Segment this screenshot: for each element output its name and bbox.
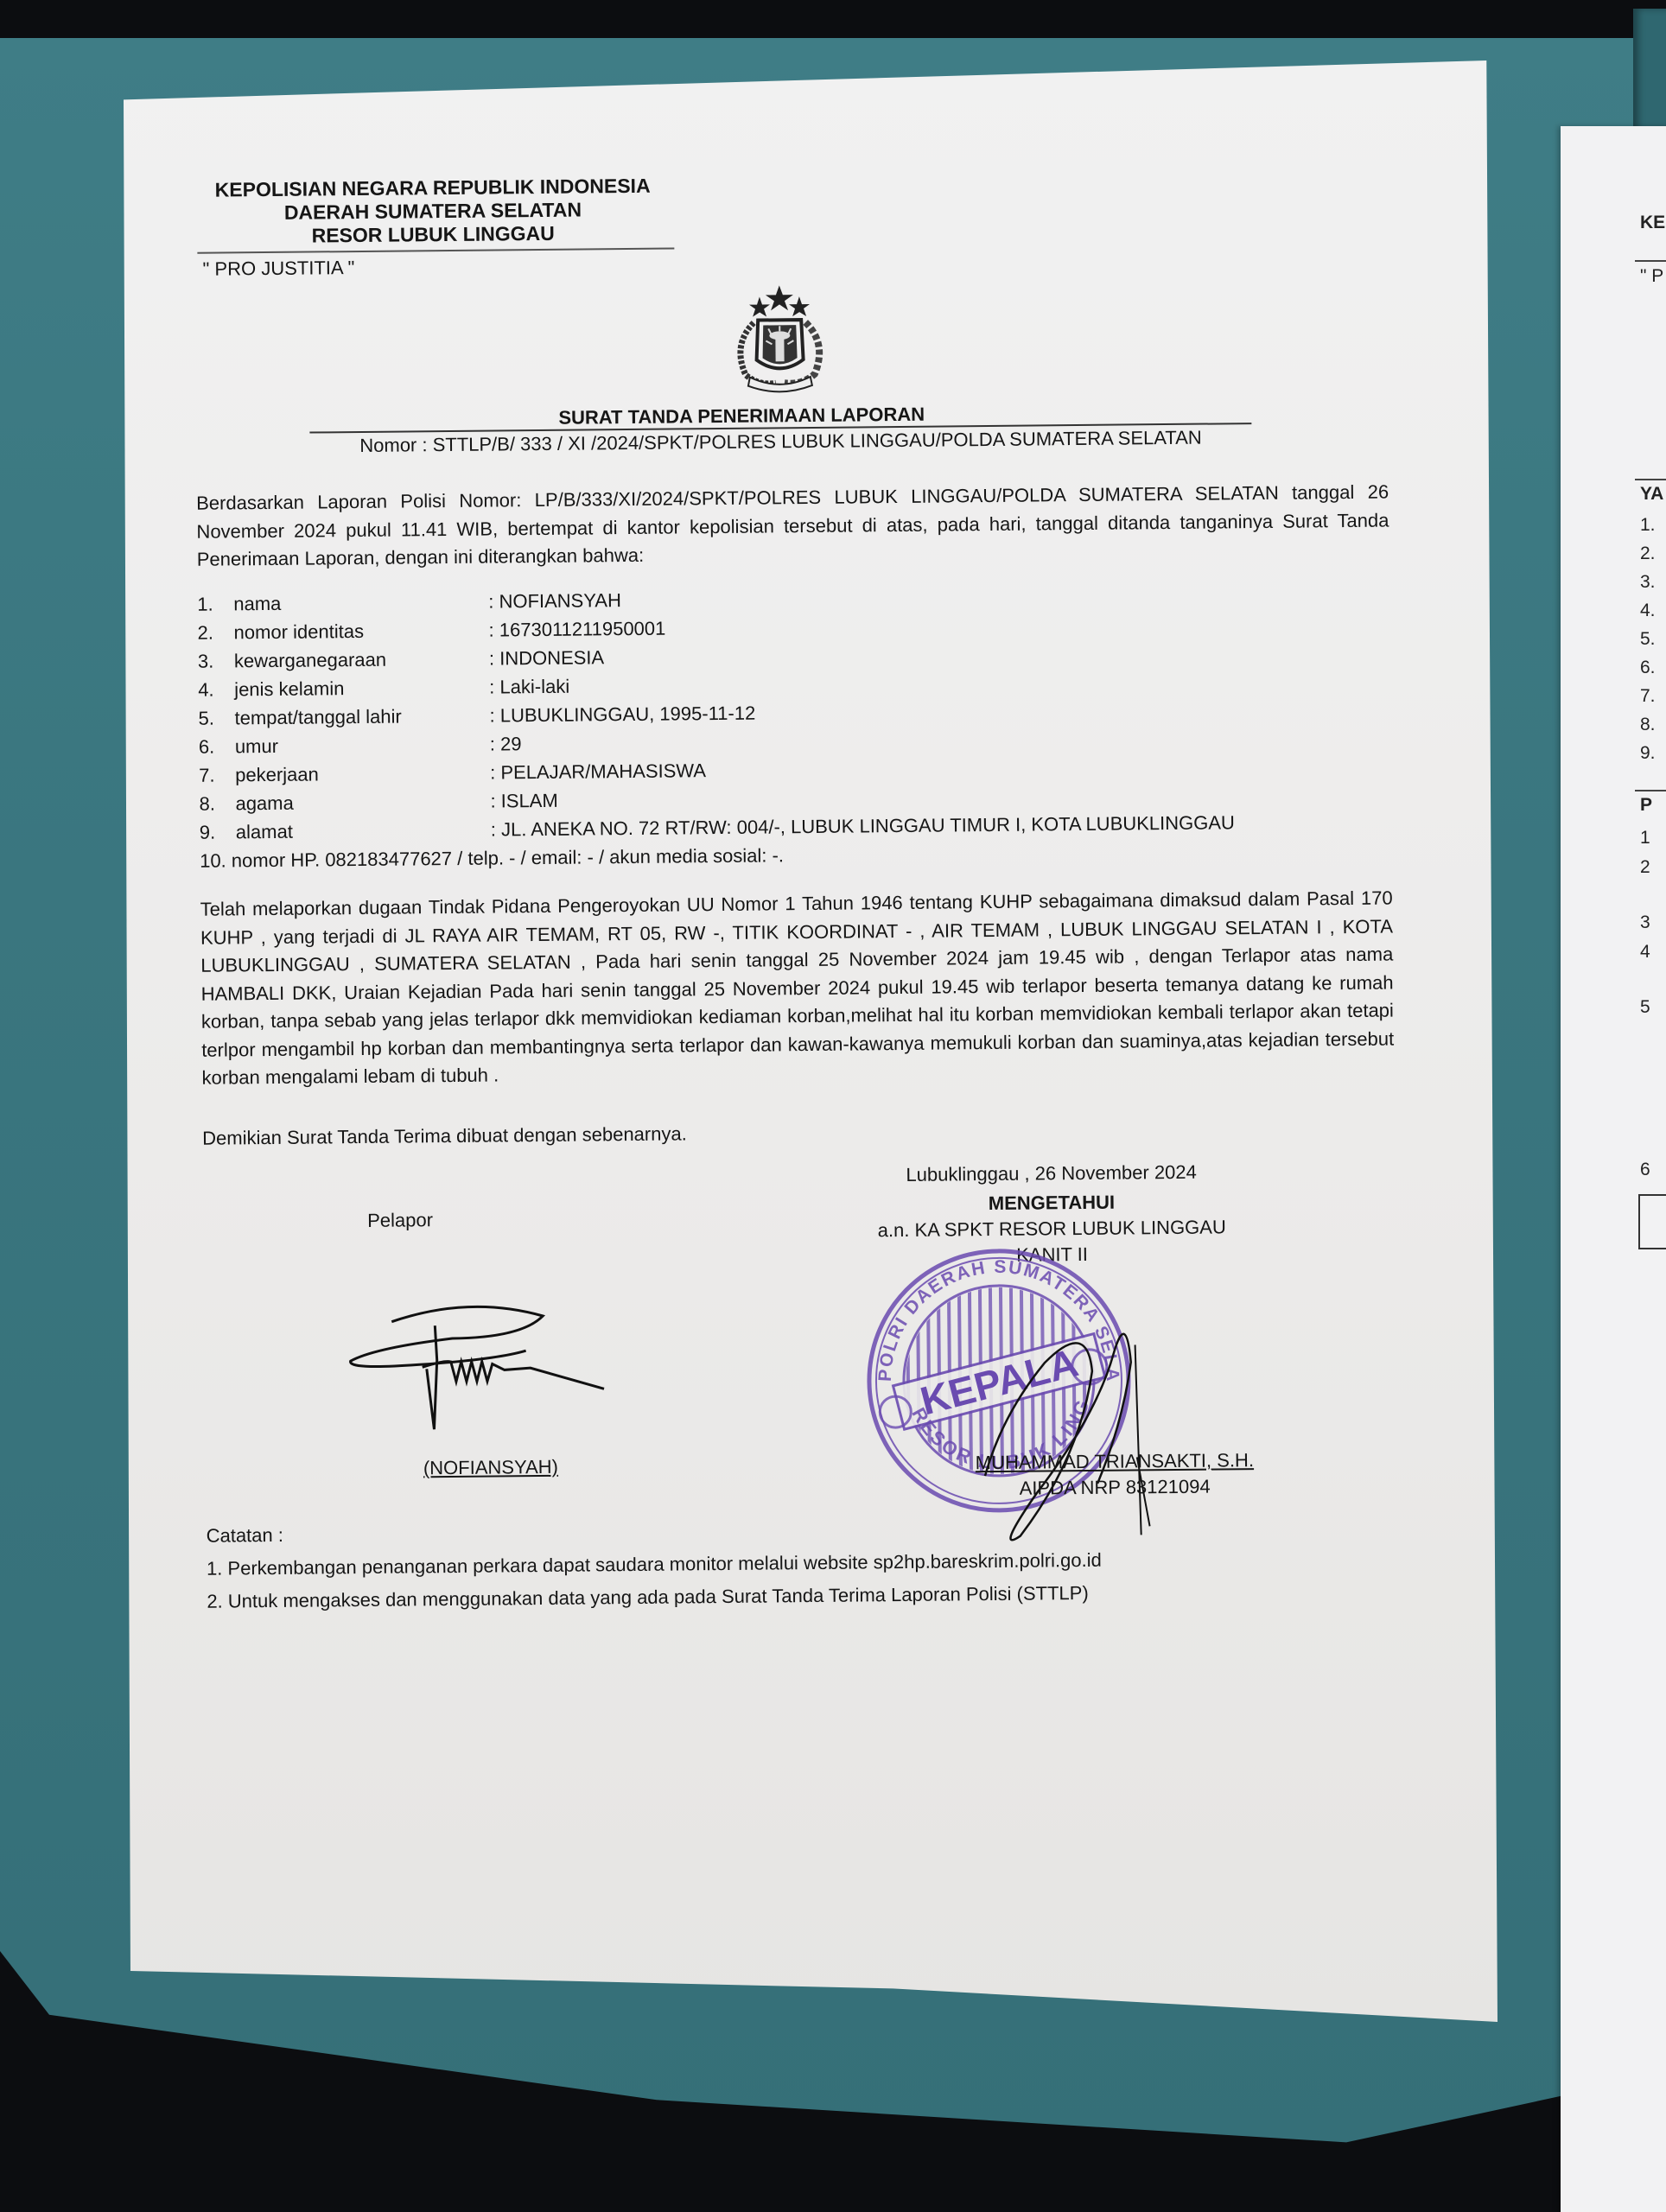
field-label: umur (235, 732, 278, 760)
intro-paragraph: Berdasarkan Laporan Polisi Nomor: LP/B/3… (196, 479, 1389, 575)
note-item: 2. Untuk mengakses dan menggunakan data … (207, 1582, 1089, 1613)
field-value: : INDONESIA (489, 643, 605, 672)
second-doc-fragment: 4 (1640, 942, 1650, 963)
officer-name: MUHAMMAD TRIANSAKTI, S.H. (925, 1449, 1305, 1475)
field-number: 1. (197, 589, 232, 618)
pro-justitia: " PRO JUSTITIA " (202, 257, 354, 281)
contact-line: 10. nomor HP. 082183477627 / telp. - / e… (200, 841, 784, 874)
polri-emblem-icon (715, 283, 845, 397)
field-label: alamat (236, 817, 293, 847)
field-number: 5. (198, 703, 232, 732)
second-doc-fragment: 5. (1640, 629, 1656, 650)
field-number: 4. (198, 675, 232, 703)
second-doc-rule (1635, 479, 1666, 480)
field-label: nama (233, 589, 281, 619)
field-label: pekerjaan (235, 760, 319, 789)
second-doc-fragment: KE (1640, 213, 1665, 233)
second-doc-rule (1635, 790, 1666, 791)
acknowledged-label: MENGETAHUI (844, 1190, 1259, 1217)
letterhead-divider (197, 247, 674, 253)
document-content: KEPOLISIAN NEGARA REPUBLIK INDONESIA DAE… (116, 54, 1509, 2028)
letterhead-line-3: RESOR LUBUK LINGGAU (200, 221, 666, 249)
reporter-label: Pelapor (367, 1209, 433, 1232)
field-number: 2. (197, 618, 232, 646)
field-value: : NOFIANSYAH (488, 586, 621, 615)
report-description: Telah melaporkan dugaan Tindak Pidana Pe… (200, 885, 1395, 1093)
second-doc-fragment: 4. (1640, 601, 1656, 621)
closing-statement: Demikian Surat Tanda Terima dibuat denga… (202, 1122, 687, 1149)
report-receipt-paper: KEPOLISIAN NEGARA REPUBLIK INDONESIA DAE… (124, 60, 1497, 2022)
second-doc-fragment: 6. (1640, 658, 1656, 678)
field-value: : Laki-laki (489, 672, 569, 702)
second-doc-fragment: " P (1640, 266, 1663, 287)
field-label: kewarganegaraan (234, 645, 386, 676)
field-value: : PELAJAR/MAHASISWA (490, 756, 706, 786)
second-doc-fragment: 5 (1640, 997, 1650, 1018)
reporter-identity-list: 1. nama : NOFIANSYAH 2. nomor identitas … (197, 578, 1409, 874)
second-doc-fragment: 8. (1640, 715, 1656, 735)
field-label: agama (235, 789, 294, 818)
second-doc-fragment: 2. (1640, 543, 1656, 564)
second-doc-fragment: 2 (1640, 857, 1650, 878)
second-doc-box (1638, 1194, 1666, 1249)
officer-rank-nrp: AIPDA NRP 83121094 (925, 1475, 1305, 1501)
second-doc-rule (1635, 260, 1666, 262)
second-document-edge: KE " P YA 1. 2. 3. 4. 5. 6. 7. 8. 9. P 1… (1561, 126, 1666, 2212)
field-number: 6. (199, 732, 233, 760)
second-doc-fragment: 9. (1640, 743, 1656, 764)
reporter-signature-icon (340, 1298, 618, 1473)
field-value: : ISLAM (490, 786, 558, 816)
letterhead-line-1: KEPOLISIAN NEGARA REPUBLIK INDONESIA (200, 175, 666, 202)
field-value: : 29 (490, 729, 522, 758)
second-doc-fragment: 6 (1640, 1160, 1650, 1180)
second-doc-fragment: 3 (1640, 912, 1650, 933)
second-doc-fragment: YA (1640, 484, 1663, 505)
officer-signature-icon (966, 1284, 1176, 1545)
reporter-name: (NOFIANSYAH) (423, 1456, 558, 1479)
field-value: : 1673011211950001 (488, 614, 665, 645)
field-number: 3. (198, 646, 232, 675)
field-number: 9. (200, 817, 234, 846)
field-label: jenis kelamin (234, 674, 344, 703)
note-item: 1. Perkembangan penanganan perkara dapat… (207, 1549, 1102, 1580)
second-doc-fragment: 7. (1640, 686, 1656, 707)
second-doc-fragment: 1 (1640, 828, 1650, 849)
notes-label: Catatan : (207, 1524, 284, 1548)
place-and-date: Lubuklinggau , 26 November 2024 (879, 1160, 1224, 1186)
letterhead: KEPOLISIAN NEGARA REPUBLIK INDONESIA DAE… (200, 175, 667, 249)
field-label: tempat/tanggal lahir (234, 702, 402, 733)
field-number: 7. (199, 760, 233, 789)
field-label: nomor identitas (233, 617, 364, 646)
second-doc-fragment: 3. (1640, 572, 1656, 593)
second-doc-fragment: 1. (1640, 515, 1656, 536)
second-doc-fragment: P (1640, 795, 1652, 816)
field-number: 8. (199, 789, 233, 817)
field-value: : LUBUKLINGGAU, 1995-11-12 (489, 699, 755, 730)
